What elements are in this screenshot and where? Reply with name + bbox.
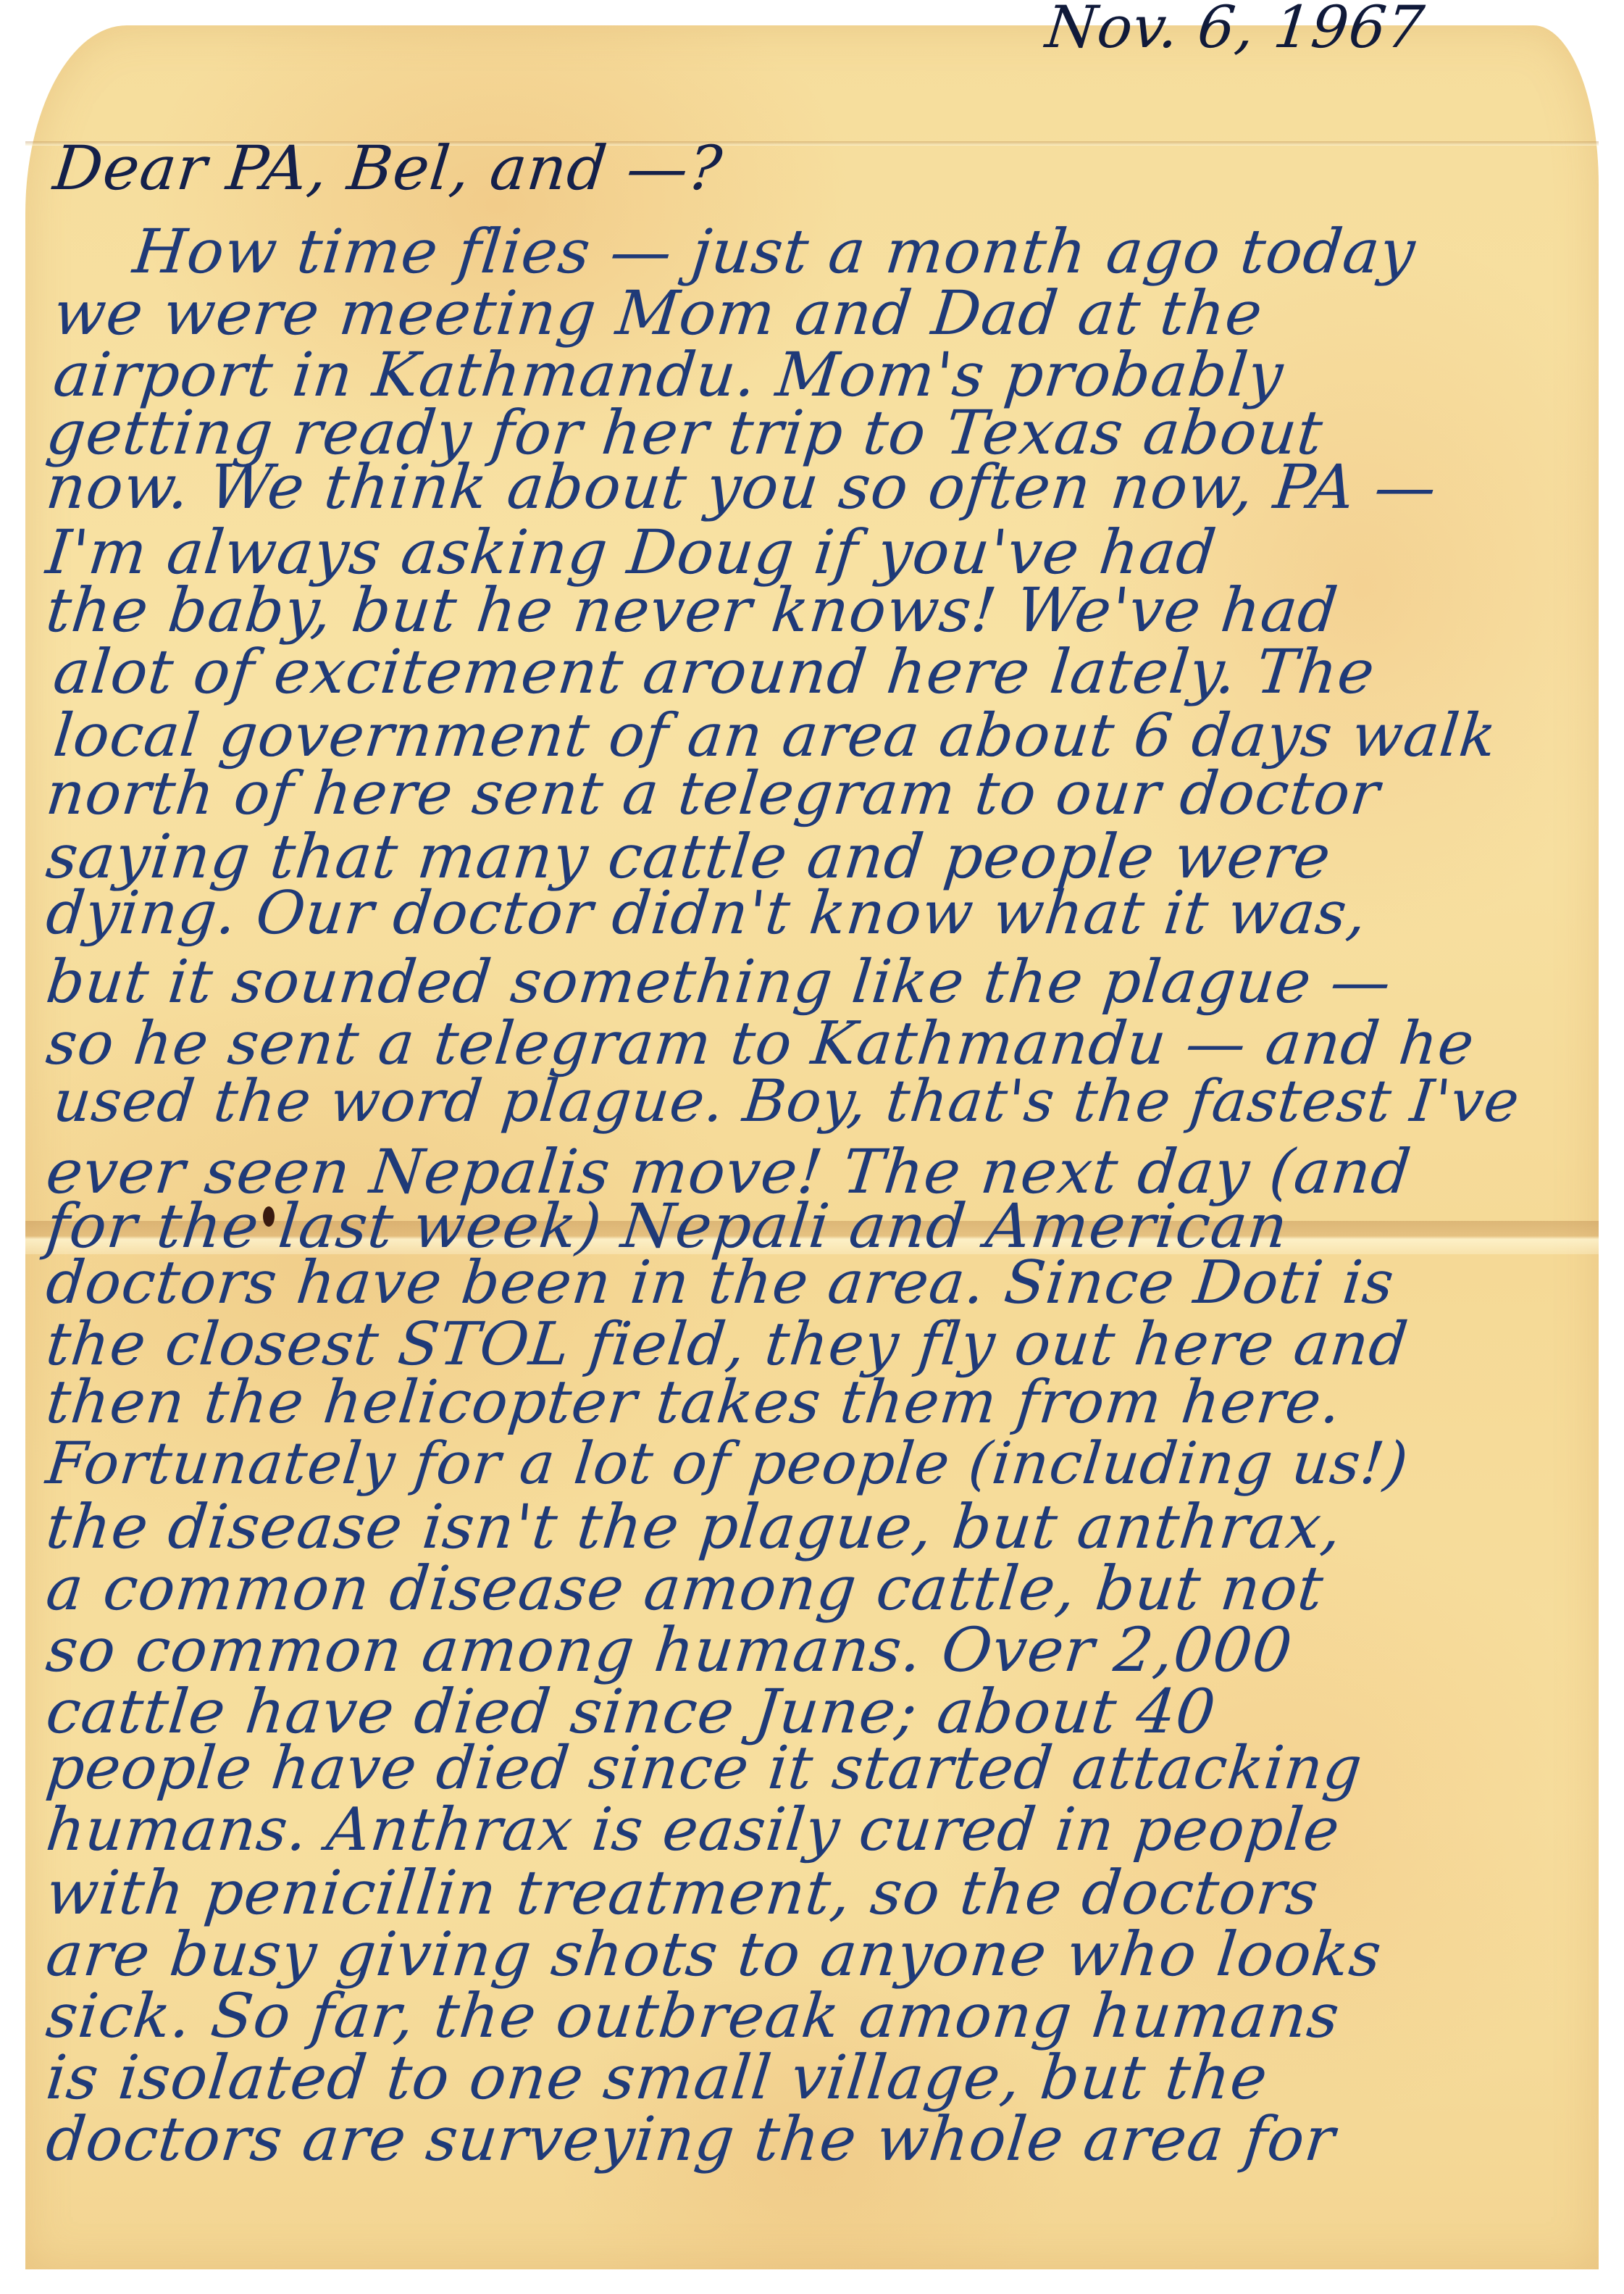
letter-line: then the helicopter takes them from here…	[43, 1373, 1344, 1432]
letter-line: saying that many cattle and people were	[43, 826, 1334, 887]
letter-line: cattle have died since June; about 40	[43, 1681, 1219, 1742]
letter-line: so he sent a telegram to Kathmandu — and…	[43, 1014, 1477, 1074]
letter-line: but it sounded something like the plague…	[43, 953, 1394, 1012]
letter-line: doctors have been in the area. Since Dot…	[43, 1254, 1397, 1313]
letter-line: with penicillin treatment, so the doctor…	[43, 1862, 1322, 1923]
letter-line: local government of an area about 6 days…	[51, 706, 1499, 766]
letter-line: so common among humans. Over 2,000	[43, 1619, 1295, 1680]
letter-line: used the word plague. Boy, that's the fa…	[51, 1072, 1523, 1130]
letter-line: the disease isn't the plague, but anthra…	[43, 1496, 1344, 1557]
letter-line: humans. Anthrax is easily cured in peopl…	[43, 1801, 1343, 1860]
letter-line: a common disease among cattle, but not	[43, 1558, 1326, 1619]
letter-line: Fortunately for a lot of people (includi…	[43, 1435, 1411, 1493]
letter-line: airport in Kathmandu. Mom's probably	[51, 344, 1286, 405]
letter-line: the closest STOL field, they fly out her…	[43, 1315, 1411, 1375]
letter-line: is isolated to one small village, but th…	[43, 2047, 1271, 2108]
letter-line: the baby, but he never knows! We've had	[43, 580, 1341, 641]
letter-date: Nov. 6, 1967	[1043, 0, 1427, 57]
letter-line: north of here sent a telegram to our doc…	[43, 764, 1383, 824]
letter-line: are busy giving shots to anyone who look…	[43, 1924, 1385, 1985]
letter-line: people have died since it started attack…	[43, 1739, 1365, 1798]
letter-line: sick. So far, the outbreak among humans	[43, 1985, 1343, 2046]
letter-line: I'm always asking Doug if you've had	[43, 522, 1219, 583]
letter-line: for the last week) Nepali and American	[43, 1196, 1291, 1256]
letter-line: we were meeting Mom and Dad at the	[51, 283, 1265, 343]
letter-line: doctors are surveying the whole area for	[43, 2109, 1338, 2169]
letter-line: now. We think about you so often now, PA…	[43, 456, 1439, 517]
letter-line: alot of excitement around here lately. T…	[51, 641, 1378, 702]
letter-line: How time flies — just a month ago today	[130, 221, 1418, 282]
letter-salutation: Dear PA, Bel, and —?	[51, 138, 725, 199]
letter-line: dying. Our doctor didn't know what it wa…	[43, 884, 1370, 943]
